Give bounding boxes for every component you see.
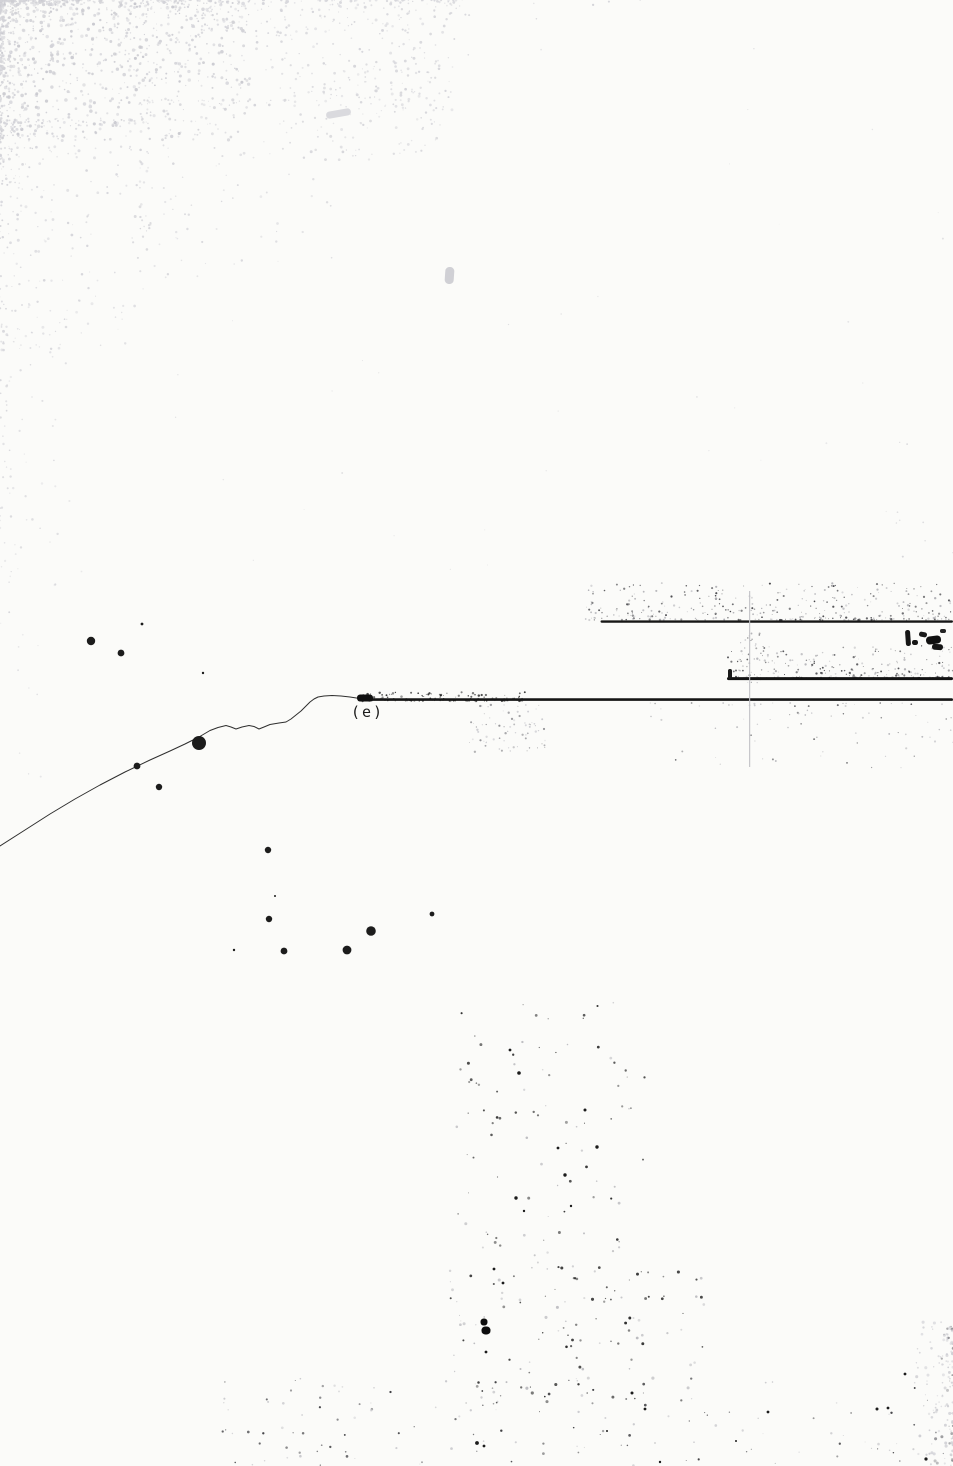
noise-speck xyxy=(661,603,663,605)
ink-dot xyxy=(767,1411,770,1414)
noise-speck xyxy=(5,333,8,336)
noise-speck xyxy=(393,153,395,155)
noise-speck xyxy=(93,122,96,125)
noise-speck xyxy=(140,113,142,115)
noise-speck xyxy=(386,0,388,2)
noise-speck xyxy=(43,279,46,282)
noise-speck xyxy=(597,1046,600,1049)
noise-speck xyxy=(329,9,330,10)
noise-speck xyxy=(25,164,26,165)
noise-speck xyxy=(643,600,644,601)
noise-speck xyxy=(462,1339,464,1341)
noise-speck xyxy=(68,113,71,116)
noise-speck xyxy=(156,52,158,54)
noise-speck xyxy=(754,674,755,675)
noise-speck xyxy=(280,40,283,43)
noise-speck xyxy=(1,168,2,169)
noise-speck xyxy=(0,111,1,113)
noise-speck xyxy=(618,1202,621,1205)
noise-speck xyxy=(283,120,284,121)
noise-speck xyxy=(18,156,19,157)
noise-layer xyxy=(0,0,953,1466)
noise-speck xyxy=(809,659,810,660)
noise-speck xyxy=(87,7,90,10)
noise-speck xyxy=(633,1423,635,1425)
noise-speck xyxy=(386,22,389,25)
noise-speck xyxy=(785,619,786,620)
noise-speck xyxy=(889,1450,891,1452)
noise-speck xyxy=(46,1,48,3)
noise-speck xyxy=(102,121,104,123)
noise-speck xyxy=(592,1389,594,1391)
noise-speck xyxy=(948,619,949,620)
noise-speck xyxy=(127,8,129,10)
noise-speck xyxy=(10,127,12,129)
top-sparse xyxy=(450,0,641,56)
ink-dot xyxy=(493,1268,496,1271)
noise-speck xyxy=(495,723,496,724)
noise-speck xyxy=(935,673,936,674)
noise-speck xyxy=(188,78,191,81)
noise-speck xyxy=(712,617,714,619)
noise-speck xyxy=(933,614,934,615)
noise-speck xyxy=(727,609,729,611)
noise-speck xyxy=(948,649,949,650)
noise-speck xyxy=(751,603,753,605)
noise-speck xyxy=(324,15,326,17)
noise-speck xyxy=(476,729,478,731)
noise-speck xyxy=(941,618,942,619)
noise-speck xyxy=(334,0,335,1)
noise-speck xyxy=(42,78,44,80)
noise-speck xyxy=(100,119,102,121)
noise-speck xyxy=(51,40,53,42)
noise-speck xyxy=(511,718,513,720)
ink-dot xyxy=(584,1109,587,1112)
noise-speck xyxy=(154,12,155,13)
noise-speck xyxy=(68,500,70,502)
noise-speck xyxy=(435,60,437,62)
noise-speck xyxy=(936,1462,939,1465)
noise-speck xyxy=(91,302,94,305)
ink-dot xyxy=(887,1407,890,1410)
noise-speck xyxy=(583,1014,586,1017)
noise-speck xyxy=(798,605,799,606)
noise-speck xyxy=(537,1114,539,1116)
noise-speck xyxy=(940,1321,942,1323)
noise-speck xyxy=(7,487,9,489)
noise-speck xyxy=(226,79,227,80)
noise-speck xyxy=(62,118,63,119)
noise-speck xyxy=(139,38,141,40)
noise-speck xyxy=(363,2,365,4)
ink-dot xyxy=(644,1408,647,1411)
noise-speck xyxy=(938,1430,940,1432)
noise-speck xyxy=(830,1432,832,1434)
noise-speck xyxy=(357,4,360,7)
noise-speck xyxy=(10,21,12,23)
noise-speck xyxy=(40,196,43,199)
ruled-line-top xyxy=(601,620,953,622)
noise-speck xyxy=(50,348,52,350)
noise-speck xyxy=(167,147,168,148)
noise-speck xyxy=(149,138,151,140)
noise-speck xyxy=(262,2,265,5)
noise-speck xyxy=(868,712,870,714)
noise-speck xyxy=(27,135,29,137)
noise-speck xyxy=(25,119,27,121)
noise-speck xyxy=(26,0,27,1)
noise-speck xyxy=(322,57,323,58)
noise-speck xyxy=(2,74,5,77)
noise-speck xyxy=(165,0,167,1)
noise-speck xyxy=(647,615,649,617)
noise-speck xyxy=(591,1298,594,1301)
noise-speck xyxy=(124,54,126,56)
noise-speck xyxy=(435,137,438,140)
noise-speck xyxy=(8,26,9,27)
ink-dot xyxy=(281,948,288,955)
noise-speck xyxy=(147,167,149,169)
noise-speck xyxy=(64,98,68,102)
noise-speck xyxy=(56,60,59,63)
noise-speck xyxy=(90,233,91,234)
noise-speck xyxy=(925,1454,927,1456)
noise-speck xyxy=(130,149,131,150)
noise-speck xyxy=(86,122,87,123)
noise-speck xyxy=(146,230,147,231)
noise-speck xyxy=(300,14,301,15)
noise-speck xyxy=(33,26,34,27)
noise-speck xyxy=(74,145,75,146)
noise-speck xyxy=(2,349,5,352)
noise-speck xyxy=(9,69,11,71)
noise-speck xyxy=(508,324,509,325)
noise-speck xyxy=(647,1271,649,1273)
noise-speck xyxy=(20,58,23,61)
noise-speck xyxy=(773,672,775,674)
noise-speck xyxy=(118,38,120,40)
noise-speck xyxy=(299,53,300,54)
noise-speck xyxy=(940,1356,942,1358)
noise-speck xyxy=(178,9,180,11)
noise-speck xyxy=(237,131,239,133)
noise-speck xyxy=(265,69,266,70)
noise-speck xyxy=(130,32,131,33)
noise-speck xyxy=(346,149,347,150)
noise-speck xyxy=(935,676,936,677)
noise-speck xyxy=(190,120,192,122)
ink-smudge xyxy=(932,644,943,651)
noise-speck xyxy=(763,612,765,614)
noise-speck xyxy=(32,148,33,149)
noise-speck xyxy=(420,87,422,89)
noise-speck xyxy=(274,27,276,29)
noise-speck xyxy=(286,1457,288,1459)
noise-speck xyxy=(24,495,26,497)
noise-speck xyxy=(554,1383,557,1386)
noise-speck xyxy=(715,617,717,619)
noise-speck xyxy=(664,606,665,607)
noise-speck xyxy=(461,1012,463,1014)
noise-speck xyxy=(2,158,5,161)
noise-speck xyxy=(795,619,797,621)
noise-speck xyxy=(504,695,505,696)
noise-speck xyxy=(279,123,280,124)
noise-speck xyxy=(667,1415,669,1417)
noise-speck xyxy=(268,6,269,7)
noise-speck xyxy=(391,93,394,96)
noise-speck xyxy=(294,2,296,4)
noise-speck xyxy=(34,60,37,63)
noise-speck xyxy=(133,6,136,9)
noise-speck xyxy=(301,1414,303,1416)
noise-speck xyxy=(167,273,169,275)
noise-speck xyxy=(299,76,300,77)
noise-speck xyxy=(914,1382,916,1384)
noise-speck xyxy=(122,305,124,307)
noise-speck xyxy=(307,28,309,30)
noise-speck xyxy=(797,669,799,671)
noise-speck xyxy=(146,16,148,18)
noise-speck xyxy=(111,97,114,100)
noise-speck xyxy=(153,28,155,30)
noise-speck xyxy=(185,85,186,86)
noise-speck xyxy=(445,1380,447,1382)
noise-speck xyxy=(198,100,199,101)
noise-speck xyxy=(945,619,946,620)
noise-speck xyxy=(46,3,49,6)
noise-speck xyxy=(202,100,203,101)
noise-speck xyxy=(119,3,122,6)
noise-speck xyxy=(51,57,55,61)
noise-speck xyxy=(450,1281,451,1282)
noise-speck xyxy=(7,87,10,90)
noise-speck xyxy=(715,614,716,615)
noise-speck xyxy=(949,602,951,604)
noise-speck xyxy=(1,325,3,327)
noise-speck xyxy=(769,646,770,647)
noise-speck xyxy=(111,10,113,12)
noise-speck xyxy=(409,39,410,40)
noise-speck xyxy=(13,253,14,254)
noise-speck xyxy=(747,637,748,638)
noise-speck xyxy=(483,1316,485,1318)
noise-speck xyxy=(254,3,256,5)
noise-speck xyxy=(175,41,177,43)
noise-speck xyxy=(475,1383,476,1384)
noise-speck xyxy=(513,723,515,725)
noise-speck xyxy=(851,594,853,596)
noise-speck xyxy=(134,57,137,60)
noise-speck xyxy=(433,15,436,18)
noise-speck xyxy=(485,736,487,738)
noise-speck xyxy=(941,665,943,667)
noise-speck xyxy=(138,5,141,8)
noise-speck xyxy=(7,22,9,24)
noise-speck xyxy=(808,705,810,707)
noise-speck xyxy=(14,58,17,61)
noise-speck xyxy=(178,100,179,101)
noise-speck xyxy=(284,58,285,59)
noise-speck xyxy=(586,607,587,608)
noise-speck xyxy=(44,239,45,240)
noise-speck xyxy=(849,675,850,676)
noise-speck xyxy=(266,45,268,47)
noise-speck xyxy=(167,23,170,26)
dust-below-line3 xyxy=(650,702,953,768)
noise-speck xyxy=(129,65,132,68)
noise-speck xyxy=(602,1430,604,1432)
noise-speck xyxy=(815,617,816,618)
noise-speck xyxy=(249,98,252,101)
noise-speck xyxy=(814,601,816,603)
noise-speck xyxy=(939,593,941,595)
noise-speck xyxy=(16,218,19,221)
noise-speck xyxy=(395,1447,397,1449)
noise-speck xyxy=(195,52,198,55)
noise-speck xyxy=(11,310,13,312)
noise-speck xyxy=(130,119,132,121)
ink-dot xyxy=(265,847,271,853)
noise-speck xyxy=(831,582,833,584)
noise-speck xyxy=(119,193,121,195)
noise-speck xyxy=(801,619,802,620)
noise-speck xyxy=(247,1431,250,1434)
noise-speck xyxy=(86,114,88,116)
noise-speck xyxy=(459,1315,460,1316)
noise-speck xyxy=(51,229,53,231)
noise-speck xyxy=(135,26,138,29)
noise-speck xyxy=(764,659,766,661)
noise-speck xyxy=(654,703,656,705)
noise-speck xyxy=(806,600,807,601)
noise-speck xyxy=(705,619,706,620)
noise-speck xyxy=(920,586,921,587)
noise-speck xyxy=(1,81,4,84)
noise-speck xyxy=(41,28,44,31)
noise-speck xyxy=(294,101,297,104)
noise-speck xyxy=(839,615,841,617)
noise-speck xyxy=(661,1297,664,1300)
noise-speck xyxy=(111,14,113,16)
noise-speck xyxy=(496,1091,498,1093)
noise-speck xyxy=(629,586,630,587)
noise-speck xyxy=(386,694,388,696)
noise-speck xyxy=(184,63,186,65)
noise-speck xyxy=(839,1443,841,1445)
noise-speck xyxy=(70,30,73,33)
noise-speck xyxy=(684,591,686,593)
noise-speck xyxy=(52,8,54,10)
noise-speck xyxy=(128,122,130,124)
noise-speck xyxy=(899,650,901,652)
noise-speck xyxy=(48,0,50,2)
noise-speck xyxy=(179,13,180,14)
noise-speck xyxy=(220,9,221,10)
noise-speck xyxy=(776,611,778,613)
noise-speck xyxy=(74,135,77,138)
noise-speck xyxy=(6,246,8,248)
noise-speck xyxy=(73,62,76,65)
noise-speck xyxy=(777,592,779,594)
noise-speck xyxy=(486,741,487,742)
noise-speck xyxy=(146,170,149,173)
noise-speck xyxy=(246,21,248,23)
noise-speck xyxy=(785,663,786,664)
noise-speck xyxy=(148,153,149,154)
noise-speck xyxy=(59,322,60,323)
noise-speck xyxy=(923,596,925,598)
noise-speck xyxy=(48,15,50,17)
noise-speck xyxy=(53,184,55,186)
noise-speck xyxy=(229,54,232,57)
noise-speck xyxy=(0,133,2,135)
noise-speck xyxy=(945,617,947,619)
noise-speck xyxy=(290,87,292,89)
noise-speck xyxy=(490,704,492,706)
noise-speck xyxy=(25,3,27,5)
noise-speck xyxy=(565,1320,567,1322)
noise-speck xyxy=(876,619,877,620)
noise-speck xyxy=(89,103,90,104)
noise-speck xyxy=(354,21,356,23)
noise-speck xyxy=(582,1368,585,1371)
noise-speck xyxy=(831,666,833,668)
noise-speck xyxy=(338,1390,340,1392)
noise-speck xyxy=(939,729,940,730)
noise-speck xyxy=(207,25,208,26)
noise-speck xyxy=(247,83,250,86)
noise-speck xyxy=(687,611,688,612)
noise-speck xyxy=(357,73,360,76)
noise-speck xyxy=(9,380,11,382)
noise-speck xyxy=(732,704,733,705)
noise-speck xyxy=(403,109,404,110)
noise-speck xyxy=(3,343,5,345)
noise-speck xyxy=(503,726,504,727)
noise-speck xyxy=(1,6,4,9)
noise-speck xyxy=(945,1445,948,1448)
noise-speck xyxy=(437,60,439,62)
noise-speck xyxy=(18,14,20,16)
noise-speck xyxy=(339,54,340,55)
noise-speck xyxy=(634,598,636,600)
noise-speck xyxy=(56,156,58,158)
noise-speck xyxy=(470,1078,473,1081)
noise-speck xyxy=(218,163,219,164)
noise-speck xyxy=(627,612,629,614)
noise-speck xyxy=(722,606,724,608)
noise-speck xyxy=(102,27,104,29)
noise-speck xyxy=(443,695,444,696)
noise-speck xyxy=(592,591,593,592)
noise-speck xyxy=(837,590,839,592)
noise-speck xyxy=(789,702,791,704)
ink-dot xyxy=(366,926,376,936)
noise-speck xyxy=(1,42,4,45)
noise-speck xyxy=(121,312,122,313)
noise-speck xyxy=(517,711,519,713)
noise-speck xyxy=(213,106,216,109)
noise-speck xyxy=(14,4,18,8)
noise-speck xyxy=(420,117,422,119)
noise-speck xyxy=(761,608,762,609)
noise-speck xyxy=(200,116,203,119)
noise-speck xyxy=(674,618,676,620)
noise-speck xyxy=(4,461,5,462)
noise-speck xyxy=(699,598,700,599)
